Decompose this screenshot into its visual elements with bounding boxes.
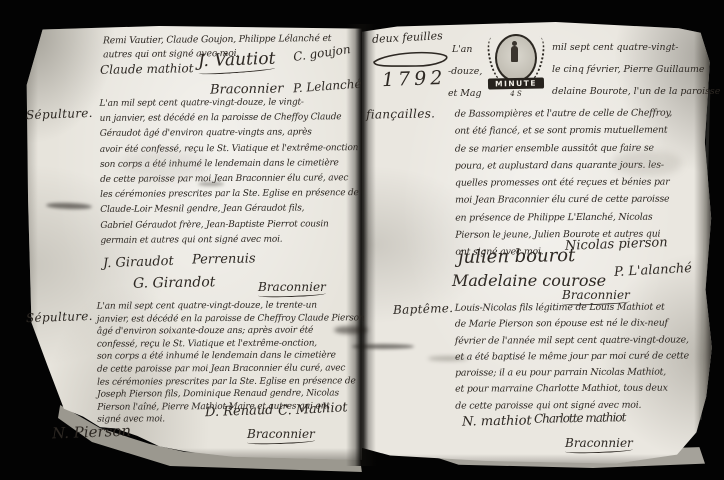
manuscript-line: un janvier, est décédé en la paroisse de… xyxy=(100,110,360,127)
manuscript-line: les cérémonies prescrites par la Ste. Eg… xyxy=(100,186,360,203)
ink-smudge xyxy=(334,326,368,334)
bleedthrough-mark xyxy=(120,150,210,180)
signature-julien-bourot: julien bourot xyxy=(458,245,576,268)
manuscript-line: le cinq février, Pierre Guillaume xyxy=(552,64,704,75)
manuscript-line: quelles promesses ont été reçues et béni… xyxy=(455,174,713,193)
manuscript-line: germain et autres qui ont signé avec moi… xyxy=(100,232,360,249)
signature-vautiot: J. Vautiot xyxy=(198,49,276,75)
signature-braconnier: Braconnier xyxy=(258,280,326,297)
signature-claude-mathiot: Claude mathiot xyxy=(100,61,194,77)
manuscript-line: janvier, est décédé en la paroisse de Ch… xyxy=(97,312,359,326)
manuscript-line: et a été baptisé le même jour par moi cu… xyxy=(455,348,713,366)
margin-label-burial-1: Sépulture. xyxy=(26,106,93,122)
manuscript-line: en présence de Philippe L'Elanché, Nicol… xyxy=(455,208,713,227)
minute-revenue-stamp: MINUTE 4 S xyxy=(487,34,545,102)
manuscript-line: février de l'année mil sept cent quatre-… xyxy=(455,332,713,350)
signature-n-mathiot: N. mathiot xyxy=(462,413,532,429)
manuscript-line: L'an xyxy=(452,44,472,55)
manuscript-line: L'an mil sept cent quatre-vingt-douze, l… xyxy=(99,95,359,112)
signature-pierson: N. Pierson xyxy=(52,422,132,443)
margin-label-baptism: Baptême. xyxy=(393,301,454,317)
signature-braconnier: Braconnier xyxy=(565,436,633,453)
manuscript-line: mil sept cent quatre-vingt- xyxy=(552,42,678,53)
allegorical-figure-icon xyxy=(511,46,518,62)
manuscript-line: de cette paroisse par moi Jean Braconnie… xyxy=(97,362,359,376)
baptism-entry-text: Louis-Nicolas fils légitime de Louis Mat… xyxy=(455,299,714,414)
manuscript-line: Joseph Pierson fils, Dominique Renaud ge… xyxy=(97,387,359,401)
signature-renaud: D. Renaud xyxy=(205,403,274,420)
margin-label-burial-2: Sépulture. xyxy=(26,309,93,325)
signature-braconnier: Braconnier xyxy=(247,427,315,444)
bleedthrough-mark xyxy=(428,356,468,361)
stamp-banner: MINUTE xyxy=(488,78,544,90)
year-note: 1792 xyxy=(382,67,447,91)
register-scan: Remi Vautier, Claude Goujon, Philippe Lé… xyxy=(0,0,724,480)
manuscript-line: de Bassompières et l'autre de celle de C… xyxy=(455,104,713,123)
stamp-duty-value: 4 S xyxy=(487,90,545,98)
signature-perrenuis: Perrenuis xyxy=(192,251,256,267)
manuscript-line: et Mag xyxy=(448,88,482,99)
bleedthrough-mark xyxy=(612,150,682,176)
signature-girandot: G. Girandot xyxy=(133,274,216,291)
left-page-edge-shade xyxy=(24,26,38,462)
ink-smudge xyxy=(198,182,224,186)
manuscript-line: de Marie Pierson son épouse est né le di… xyxy=(455,316,713,334)
manuscript-line: paroisse; il a eu pour parrain Nicolas M… xyxy=(455,365,713,383)
margin-label-betrothal: fiançailles. xyxy=(366,106,435,121)
manuscript-line: Claude-Loir Mesnil gendre, Jean Géraudot… xyxy=(100,202,360,219)
stamp-medallion xyxy=(495,34,537,82)
manuscript-line: delaine Bourote, l'un de la paroisse xyxy=(552,86,720,97)
manuscript-line: moi Jean Braconnier élu curé de cette pa… xyxy=(455,191,713,210)
manuscript-line: -douze, xyxy=(448,66,482,77)
manuscript-line: et pour marraine Charlotte Mathiot, tous… xyxy=(455,381,713,399)
manuscript-line: Géraudot âgé d'environ quatre-vingts ans… xyxy=(100,125,360,142)
ink-smudge xyxy=(352,344,414,349)
manuscript-line: Gabriel Géraudot frère, Jean-Baptiste Pi… xyxy=(100,217,360,234)
manuscript-line: Louis-Nicolas fils légitime de Louis Mat… xyxy=(455,299,713,317)
signature-charlotte-mathiot: Charlotte mathiot xyxy=(534,410,626,426)
signature-giraudot: J. Giraudot xyxy=(103,254,174,271)
manuscript-line: ont été fiancé, et se sont promis mutuel… xyxy=(455,122,713,141)
